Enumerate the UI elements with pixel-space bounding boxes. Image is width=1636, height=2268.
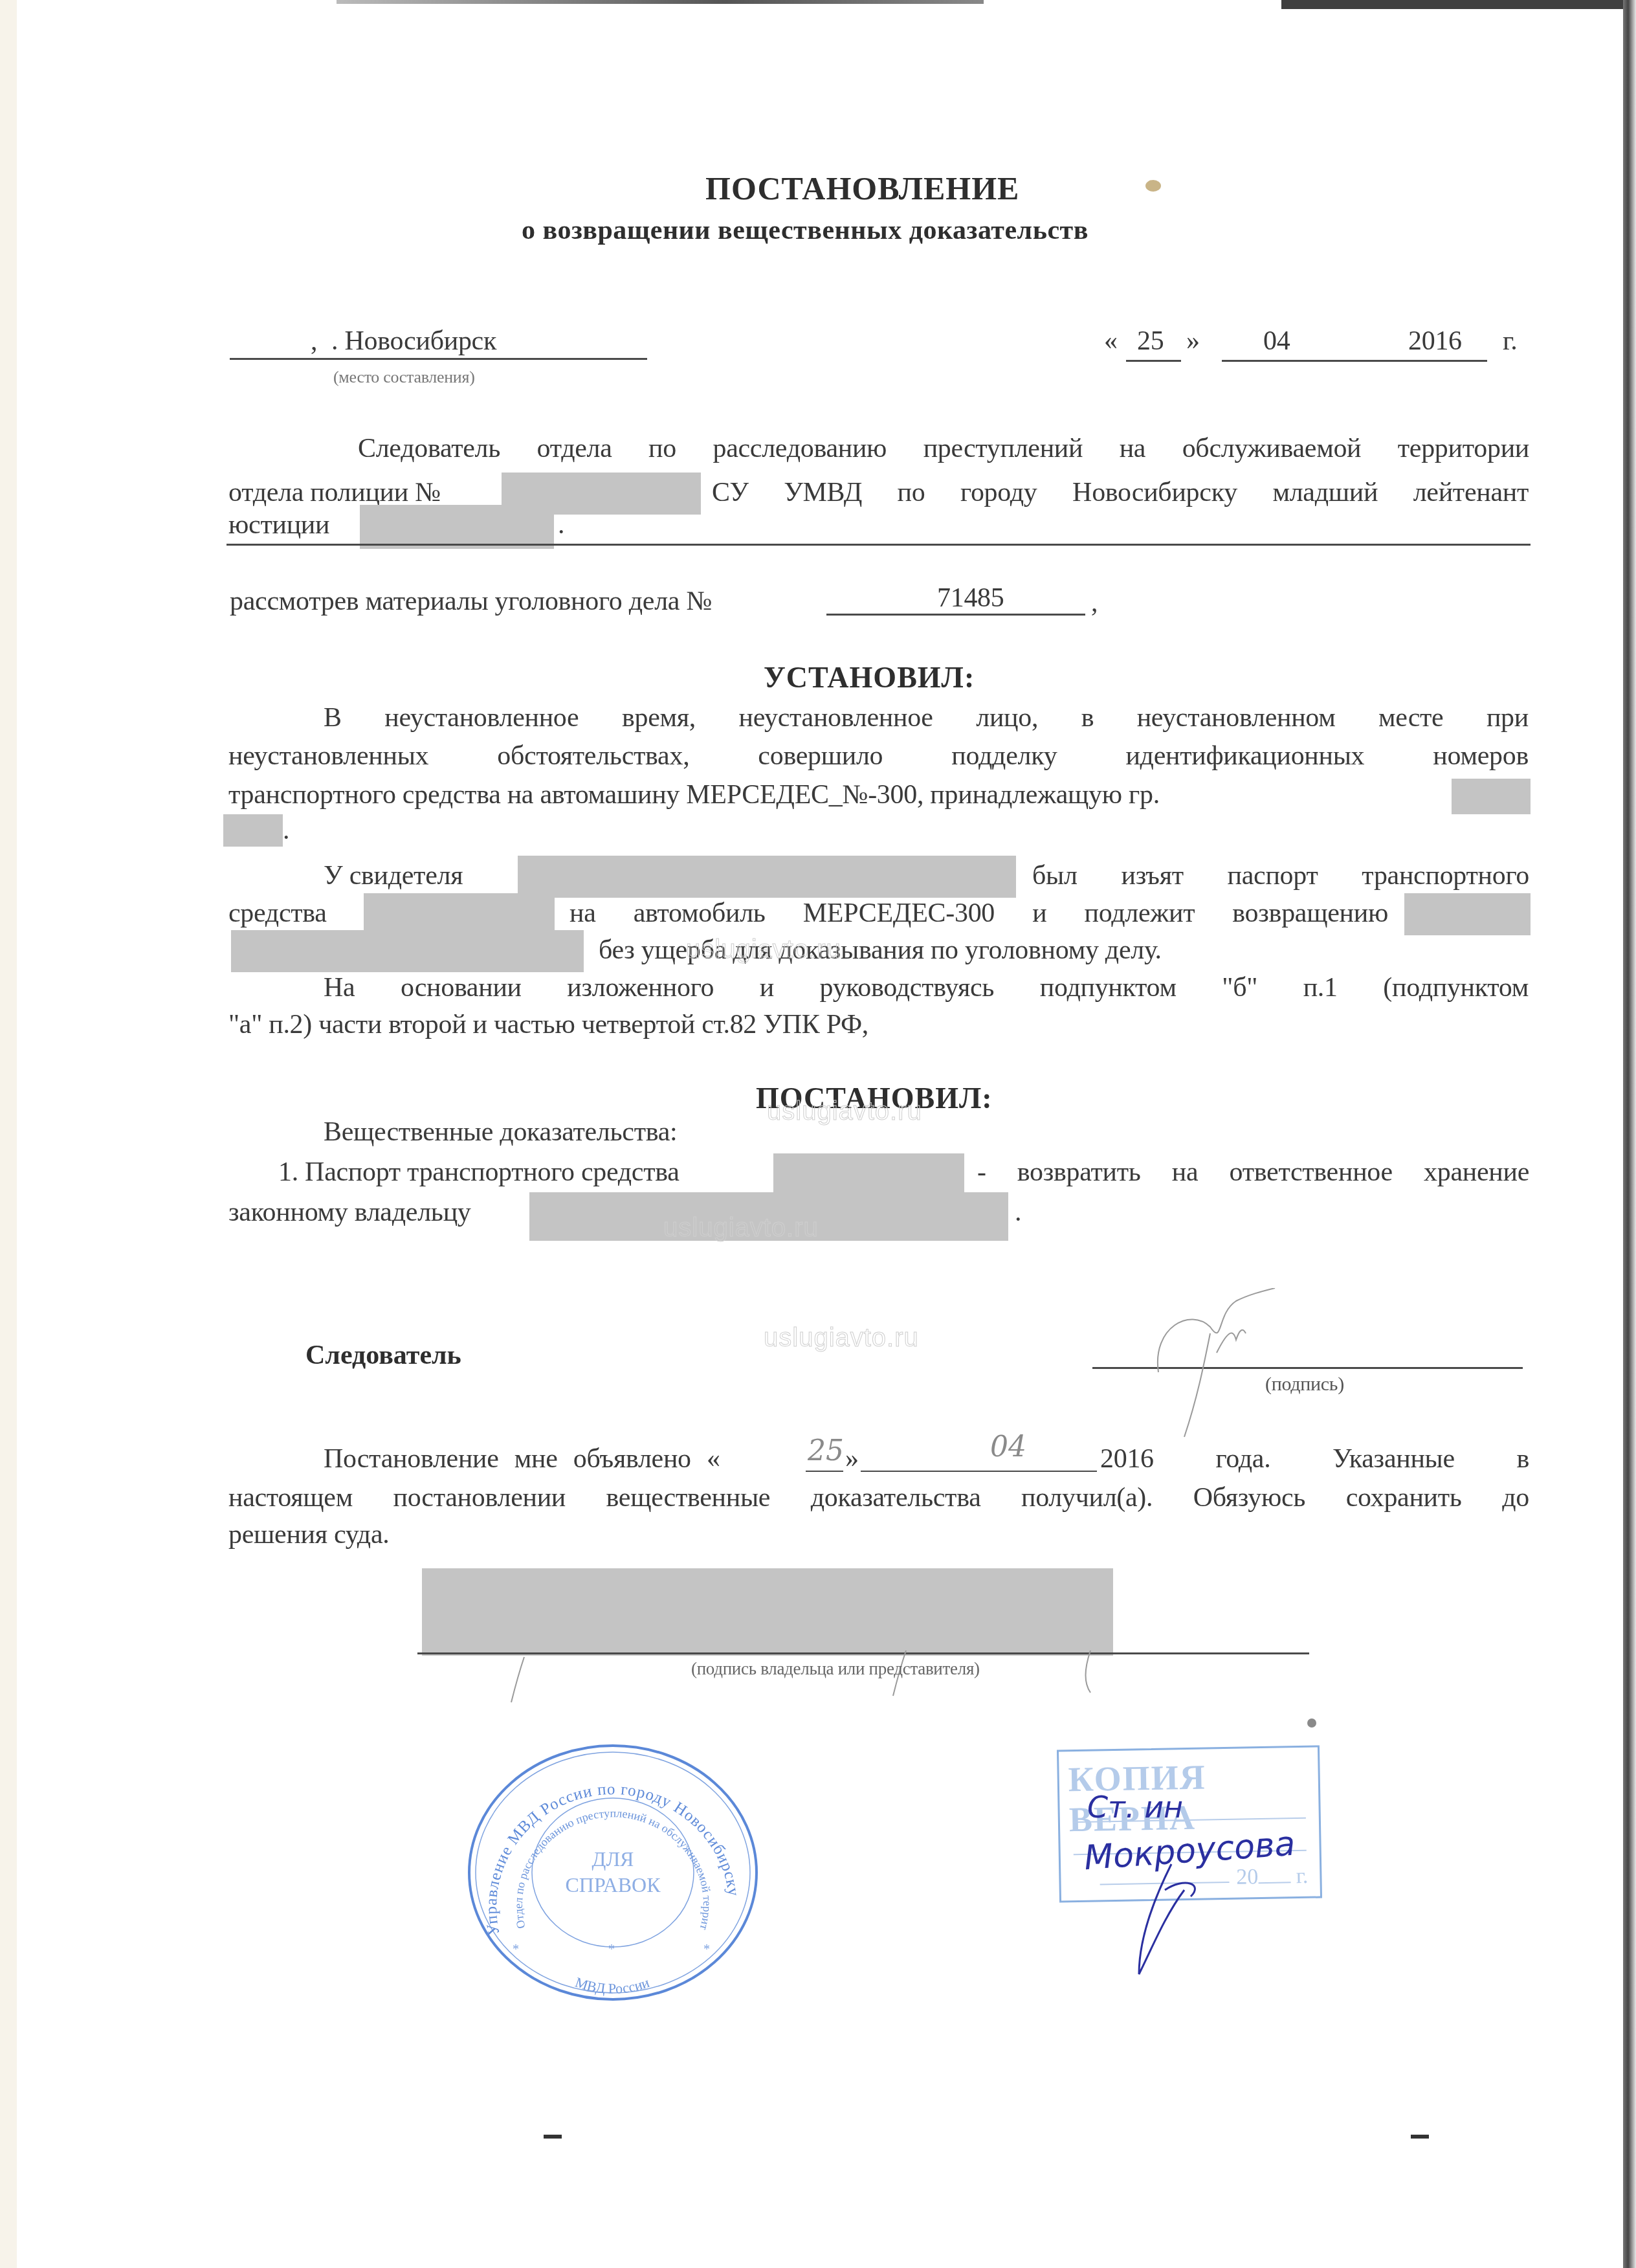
- svg-text:*: *: [703, 1942, 710, 1957]
- established-p2-line-2a: средства: [228, 900, 327, 927]
- scan-spot: [1307, 1718, 1316, 1728]
- established-p1-line-4: .: [283, 817, 289, 844]
- established-p2-line-1b: был изъят паспорт транспортного: [1032, 862, 1529, 889]
- round-stamp-center-line-2: СПРАВОК: [565, 1873, 661, 1896]
- resolved-item1-b: - возвратить на ответственное хранение: [977, 1159, 1529, 1186]
- round-stamp: Управление МВД России по городу Новосиби…: [461, 1740, 765, 2005]
- svg-text:*: *: [513, 1942, 519, 1957]
- date-month-year-underline: [1222, 360, 1487, 362]
- owner-signature-caption: (подпись владельца или представителя): [691, 1660, 980, 1678]
- place-value: . Новосибирск: [331, 328, 496, 355]
- place-underline: [230, 358, 647, 360]
- redacted-owner-name-3: [231, 930, 584, 972]
- investigator-signature: [1139, 1288, 1307, 1443]
- announcement-day-underline: [806, 1471, 843, 1472]
- document-subtitle: о возвращении вещественных доказательств: [522, 215, 1089, 246]
- case-number-underline: [826, 614, 1085, 616]
- svg-text:МВД России: МВД России: [573, 1973, 652, 1996]
- date-suffix: г.: [1503, 328, 1517, 355]
- watermark: uslugiavto.ru: [767, 1097, 922, 1126]
- date-month: 04: [1263, 328, 1290, 355]
- watermark: uslugiavto.ru: [686, 935, 841, 964]
- case-suffix: ,: [1091, 589, 1098, 616]
- scan-left-edge: [0, 0, 17, 2268]
- announcement-line-1c: 2016 года. Указанные в: [1100, 1445, 1529, 1473]
- investigator-signature-caption: (подпись): [1265, 1375, 1344, 1394]
- scan-mark: [544, 2135, 562, 2139]
- scan-top-right-edge: [1281, 0, 1636, 9]
- established-p3-line-1: На основании изложенного и руководствуяс…: [324, 974, 1529, 1001]
- place-prefix: ,: [311, 328, 317, 355]
- case-label: рассмотрев материалы уголовного дела №: [230, 588, 712, 615]
- established-p1-line-1: В неустановленное время, неустановленное…: [324, 704, 1529, 731]
- established-p1-line-3: транспортного средства на автомашину МЕР…: [228, 781, 1160, 808]
- resolved-evidence-label: Вещественные доказательства:: [324, 1118, 677, 1146]
- copy-stamp-handwritten-line-1: Ст. ин: [1087, 1790, 1183, 1825]
- announcement-line-1a: Постановление мне объявлено «: [324, 1445, 720, 1473]
- announcement-month-underline: [861, 1471, 1097, 1472]
- redacted-owner-name-2: [223, 814, 283, 847]
- resolved-item1-line2-b: .: [1015, 1199, 1021, 1226]
- redacted-vehicle-passport-1: [364, 893, 555, 935]
- announcement-month-handwritten: 04: [990, 1430, 1026, 1463]
- established-p3-line-2: "а" п.2) части второй и частью четвертой…: [228, 1011, 868, 1038]
- resolved-item1-line2-a: законному владельцу: [228, 1199, 471, 1226]
- announcement-line-3: решения суда.: [228, 1521, 389, 1548]
- date-year: 2016: [1408, 328, 1462, 355]
- intro-line-2a: отдела полиции №: [228, 479, 441, 506]
- announcement-day-handwritten: 25: [808, 1434, 844, 1467]
- intro-line-3a: юстиции: [228, 511, 329, 539]
- established-p2-line-1a: У свидетеля: [324, 862, 463, 889]
- copy-stamp-signature: [1113, 1851, 1243, 1981]
- round-stamp-center-line-1: ДЛЯ: [592, 1847, 634, 1871]
- intro-line-1: Следователь отдела по расследованию прес…: [358, 435, 1529, 462]
- date-close-quote: »: [1186, 328, 1200, 355]
- date-open-quote: «: [1104, 328, 1118, 355]
- investigator-label: Следователь: [305, 1340, 461, 1371]
- established-heading: УСТАНОВИЛ:: [764, 660, 975, 695]
- redacted-witness-name: [518, 856, 1016, 898]
- scan-top-edge: [337, 0, 984, 4]
- intro-line-3b: .: [558, 511, 564, 539]
- intro-underline: [227, 544, 1531, 546]
- established-p2-line-3: без ущерба для доказывания по уголовному…: [599, 937, 1162, 964]
- established-p1-line-2: неустановленных обстоятельствах, соверши…: [228, 742, 1529, 770]
- case-number: 71485: [937, 584, 1004, 612]
- date-day: 25: [1137, 328, 1164, 355]
- scan-right-edge: [1623, 0, 1636, 2268]
- redacted-owner-name-1: [1452, 779, 1531, 814]
- announcement-line-1b: »: [845, 1445, 859, 1473]
- intro-line-2b: СУ УМВД по городу Новосибирску младший л…: [712, 479, 1529, 506]
- copy-stamp-suffix: г.: [1296, 1864, 1308, 1888]
- watermark: uslugiavto.ru: [663, 1214, 819, 1243]
- round-stamp-bottom-text: МВД России: [573, 1973, 652, 1996]
- scan-mark: [1411, 2135, 1429, 2139]
- date-day-underline: [1126, 360, 1181, 362]
- redacted-investigator-name: [360, 505, 554, 549]
- ink-spot: [1145, 180, 1161, 192]
- place-caption: (место составления): [333, 369, 475, 386]
- established-p2-line-2b: на автомобиль МЕРСЕДЕС-300 и подлежит во…: [569, 900, 1388, 927]
- watermark: uslugiavto.ru: [764, 1324, 919, 1353]
- svg-text:*: *: [608, 1942, 615, 1957]
- redacted-owner-title: [1404, 893, 1531, 935]
- redacted-vehicle-passport-2: [773, 1153, 964, 1194]
- resolved-item1-a: 1. Паспорт транспортного средства: [278, 1159, 680, 1186]
- document-title: ПОСТАНОВЛЕНИЕ: [705, 170, 1019, 207]
- announcement-line-2: настоящем постановлении вещественные док…: [228, 1484, 1529, 1511]
